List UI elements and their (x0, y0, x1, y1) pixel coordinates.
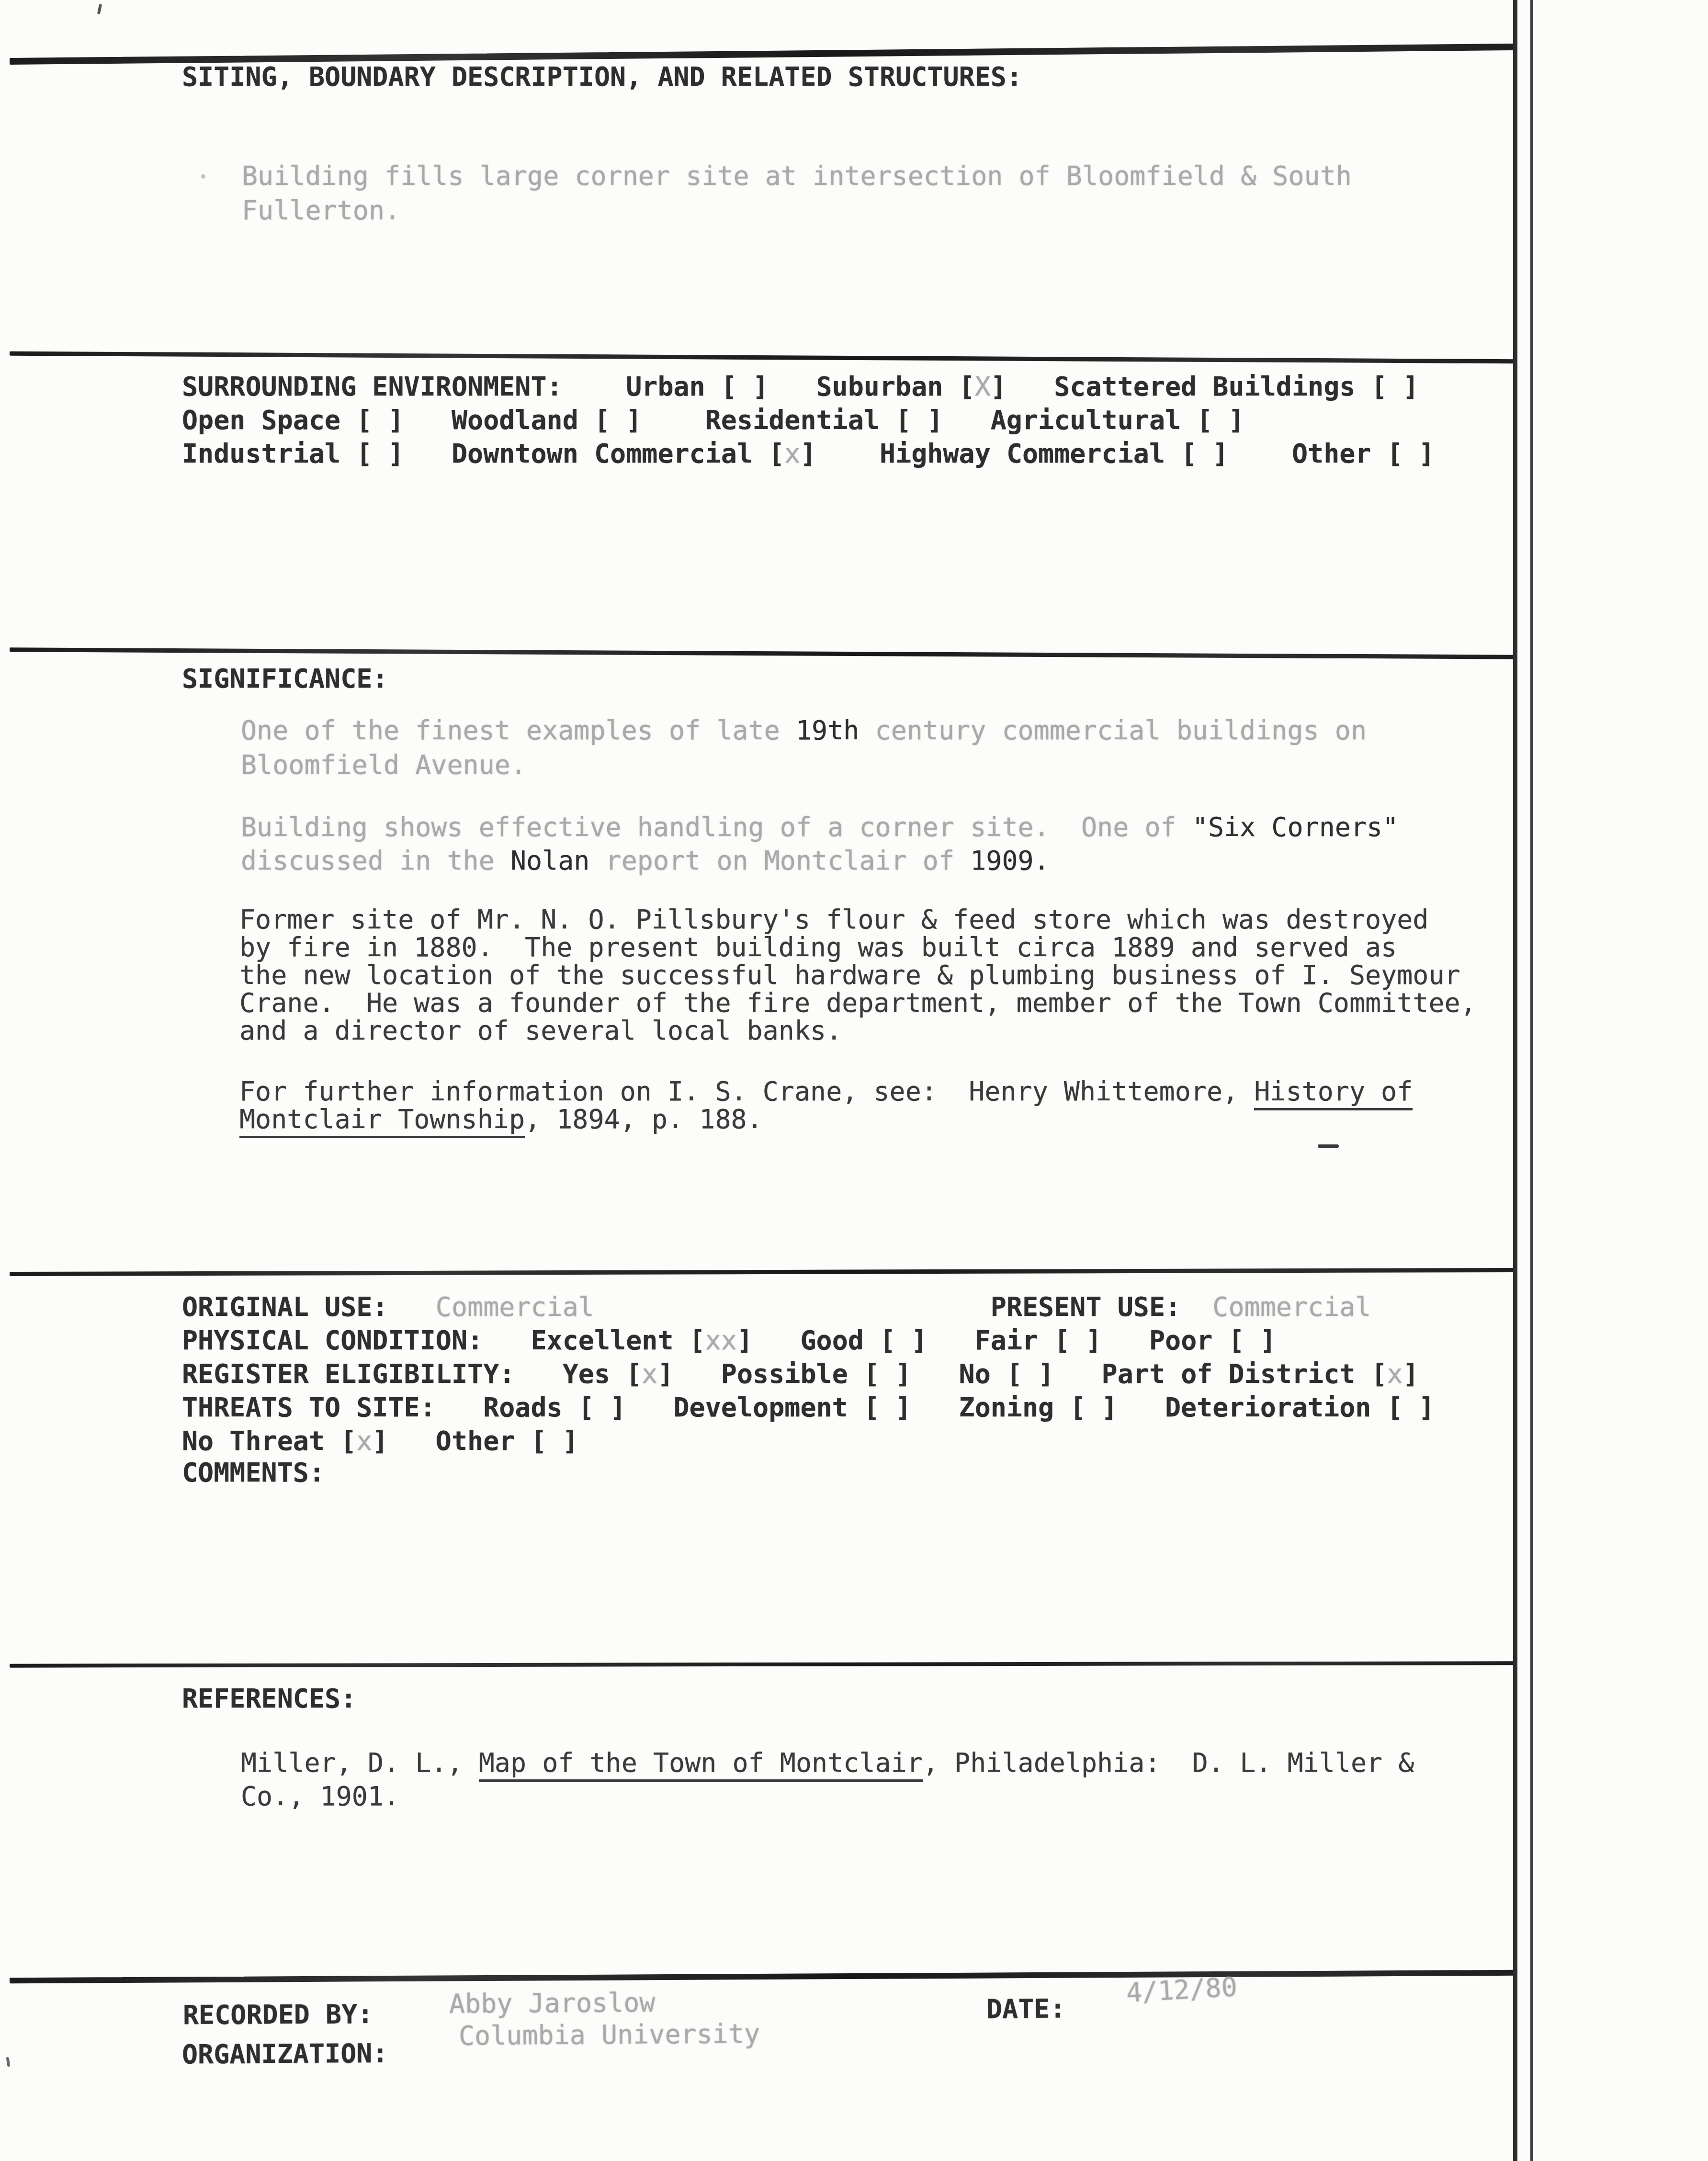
references-line-2: Co., 1901. (241, 1783, 399, 1810)
use-line-register-eligibility: REGISTER ELIGIBILITY: Yes [x] Possible [… (182, 1361, 1419, 1387)
environment-checkbox-line-3: Industrial [ ] Downtown Commercial [x] H… (182, 441, 1435, 467)
significance-p3-line-5: and a director of several local banks. (239, 1018, 842, 1044)
section-divider-references (10, 1661, 1516, 1667)
environment-checkbox-line-1: SURROUNDING ENVIRONMENT: Urban [ ] Subur… (182, 373, 1419, 400)
section-divider-significance (10, 647, 1516, 659)
significance-p2-line-1: Building shows effective handling of a c… (241, 814, 1398, 840)
significance-p3-line-2: by fire in 1880. The present building wa… (239, 934, 1397, 961)
use-line-physical-condition: PHYSICAL CONDITION: Excellent [xx] Good … (182, 1327, 1276, 1354)
references-section-header: REFERENCES: (182, 1686, 356, 1712)
significance-p3-line-1: Former site of Mr. N. O. Pillsbury's flo… (239, 906, 1428, 933)
significance-p1-line-1: One of the finest examples of late 19th … (241, 717, 1367, 744)
siting-section-header: SITING, BOUNDARY DESCRIPTION, AND RELATE… (182, 64, 1022, 90)
significance-p4-line-2: Montclair Township, 1894, p. 188. (239, 1106, 763, 1132)
recorded-by-label: RECORDED BY: (183, 2001, 373, 2028)
section-divider-footer (10, 1970, 1516, 1983)
use-line-no-threat-other: No Threat [x] Other [ ] (182, 1428, 578, 1454)
date-value: 4/12/80 (1126, 1974, 1238, 2006)
significance-section-header: SIGNIFICANCE: (182, 666, 388, 692)
section-divider-environment (10, 351, 1516, 363)
section-divider-use (10, 1268, 1516, 1276)
page-edge-line-inner (1530, 0, 1533, 2161)
references-line-1: Miller, D. L., Map of the Town of Montcl… (241, 1750, 1414, 1776)
use-line-original-present: ORIGINAL USE: Commercial PRESENT USE: Co… (182, 1294, 1371, 1320)
siting-body-line-2: Fullerton. (242, 197, 400, 224)
significance-p1-line-2: Bloomfield Avenue. (241, 752, 526, 778)
use-line-threats-to-site: THREATS TO SITE: Roads [ ] Development [… (182, 1394, 1435, 1421)
significance-p3-line-3: the new location of the successful hardw… (239, 962, 1460, 988)
organization-value: Columbia University (459, 2021, 760, 2049)
scan-speck-left-edge (6, 2057, 11, 2067)
siting-body-line-1: Building fills large corner site at inte… (242, 163, 1352, 189)
page-edge-line-outer (1513, 0, 1517, 2161)
scan-speck-top (97, 4, 102, 15)
significance-p3-line-4: Crane. He was a founder of the fire depa… (239, 990, 1476, 1016)
scan-speck-dot (201, 174, 205, 179)
scanned-survey-form-page: SITING, BOUNDARY DESCRIPTION, AND RELATE… (0, 0, 1708, 2161)
significance-p4-line-1: For further information on I. S. Crane, … (239, 1078, 1413, 1105)
environment-checkbox-line-2: Open Space [ ] Woodland [ ] Residential … (182, 407, 1244, 433)
use-line-comments: COMMENTS: (182, 1460, 325, 1486)
scan-speck-dash (1318, 1144, 1339, 1148)
date-label: DATE: (986, 1996, 1066, 2023)
significance-p2-line-2: discussed in the Nolan report on Montcla… (241, 848, 1050, 874)
recorded-by-value: Abby Jaroslow (449, 1989, 656, 2017)
organization-label: ORGANIZATION: (182, 2040, 388, 2068)
